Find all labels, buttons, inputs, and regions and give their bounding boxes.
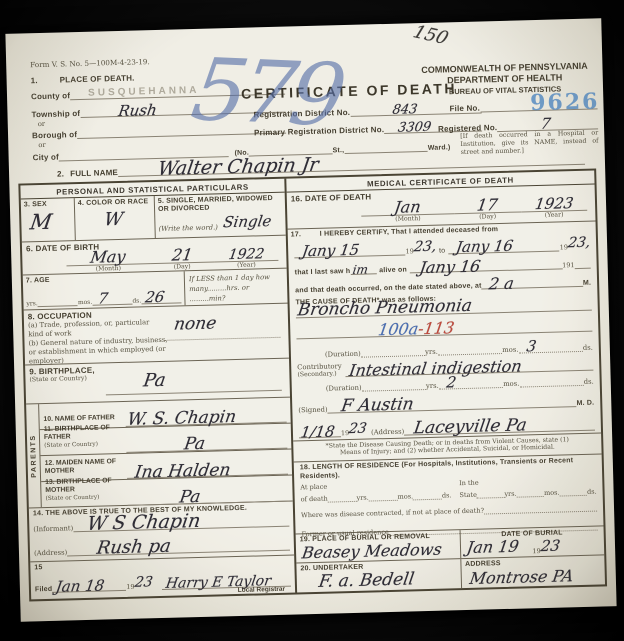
age-mos-line: 7 [92,292,133,305]
state-label: State [459,491,477,499]
state-yrs: yrs. [504,490,516,498]
code-line: 100a-113 [296,319,592,339]
alive-on-label: alive on [379,266,407,274]
state-mos-line [516,485,544,498]
dod-year: 1923 [519,193,588,213]
contrib-duration-label: (Duration) [326,383,362,392]
marital-value: Single [222,212,273,231]
filed-year-value: 23 [133,574,153,591]
cause-duration-yrs-line [360,344,425,358]
at-place-mos-line [369,489,398,502]
certificate-header: Form V. S. No. 5—100M-4-23-19. 150 579 1… [5,18,605,184]
signed-date-value: 1/18 [300,422,336,441]
age-ds-line: 26 [141,291,182,304]
marital-hint: (Write the word.) [158,223,217,233]
mother-birthplace-label: 13. BIRTHPLACE OF MOTHER(State or Countr… [45,476,128,508]
primary-district-label: Primary Registration District No. [254,125,384,137]
contrib-duration-mos-line: 2 [439,376,504,390]
age-ds-value: 26 [144,288,166,307]
last-saw-text: that I last saw h [295,268,351,276]
file-no-line: 9626 [480,97,598,112]
cause-mos-label: mos. [502,345,518,353]
occupation-line [164,326,280,341]
alive-date-line: Jany 16 [410,257,563,273]
father-birthplace-value: Pa [183,434,207,455]
state-yrs-line [477,486,505,499]
undertaker-address-value: Montrose PA [468,566,574,588]
burial-date-value: Jan 19 [465,537,520,557]
sex-value: M [29,209,54,234]
contrib-mos-label: mos. [503,379,519,387]
primary-district-value: 3309 [397,120,432,136]
last-saw-line: im [350,262,376,275]
personal-column: PERSONAL AND STATISTICAL PARTICULARS 3. … [20,179,297,600]
cause-value: Broncho Pneumonia [296,295,473,320]
state-ds-line [559,484,587,497]
informant-address-value: Rush pa [95,536,172,559]
cause-line: Broncho Pneumonia [296,298,592,318]
informant-value: W S Chapin [85,510,201,535]
race-label: 4. COLOR OR RACE [78,198,151,207]
registration-district-value: 843 [391,102,418,118]
street-line [344,140,428,154]
attended-to-value: Jany 16 [455,236,515,256]
death-time-line: 2 a [481,274,583,289]
age-mos-label: mos. [78,298,92,305]
cause-duration-ds-line: 3 [518,339,583,353]
him-value: im [351,262,368,276]
cause-duration-ds-value: 3 [525,337,537,355]
signed-address-line: Laceyville Pa [404,418,595,435]
code-red-value: -113 [417,318,456,338]
contrib-duration-ds-line [519,373,584,387]
contrib-duration-mos-value: 2 [445,373,457,391]
contrib-duration-yrs-line [361,378,426,392]
at-place-ds: ds. [442,492,452,500]
parents-label: PARENTS [29,434,37,478]
death-time-value: 2 a [488,273,516,293]
cause-ds-label: ds. [583,343,593,351]
dob-day: 21 [148,244,215,265]
township-value: Rush [117,101,158,120]
father-birthplace-label: 11. BIRTHPLACE OF FATHER(State or Countr… [44,423,127,455]
at-place-ds-line [413,488,442,501]
local-registrar-label: Local Registrar [238,586,285,594]
burial-year-value: 23 [539,537,561,556]
sex-label: 3. SEX [24,200,71,208]
signed-date-line: 1/18 [299,425,341,438]
cause-duration-mos-line [438,342,503,356]
at-place-label2: of death [301,495,328,504]
age-label: 7. AGE [26,273,181,284]
registrar-signature-line: Harry E Taylor Local Registrar [162,574,291,589]
dod-month: Jan [360,196,456,218]
certificate-body: PERSONAL AND STATISTICAL PARTICULARS 3. … [18,168,607,601]
medical-column: MEDICAL CERTIFICATE OF DEATH 16. DATE OF… [286,171,605,593]
registration-district-label: Registration District No. [253,108,350,120]
ward-label: Ward.) [428,144,451,152]
signed-value: F Austin [340,394,415,416]
state-mos: mos. [544,489,560,497]
section1-number: 1. [31,76,38,85]
section17-number: 17. [291,231,302,238]
county-stamp: SUSQUEHANNA [88,85,200,99]
township-label: Township of [31,109,80,119]
state-ds: ds. [587,488,597,496]
informant-line: W S Chapin [73,515,289,533]
alive-year-line [574,256,590,268]
contrib-yrs-label: yrs. [426,381,439,389]
mother-name-value: Ina Halden [133,460,231,483]
cause-duration-label: (Duration) [325,349,361,358]
file-no-label: File No. [449,104,480,114]
or-label-1: or [38,120,46,128]
contracted-label: Where was disease contracted, if not at … [301,507,484,520]
to-year-value: 23, [567,234,592,251]
signed-label: (Signed) [298,405,327,414]
at-place-mos: mos. [398,493,414,501]
at-place-yrs-line [328,490,357,503]
certificate-paper: Form V. S. No. 5—100M-4-23-19. 150 579 1… [5,18,616,621]
dob-month: May [65,246,151,267]
parents-strip: PARENTS [26,404,42,507]
signed-year-value: 23 [348,420,368,437]
contrib-ds-label: ds. [584,377,594,385]
age-yrs-label: yrs. [26,300,37,307]
borough-label: Borough of [32,130,77,140]
attended-from-line: Jany 15 [294,243,406,258]
signed-line: F Austin [327,395,576,414]
alive-date-value: Jany 16 [418,256,482,277]
death-occurred-text: and that death occurred, on the date sta… [295,282,482,294]
file-no-stamp: 9626 [530,88,600,116]
fullname-number: 2. [57,169,64,178]
street-label: St., [332,147,344,154]
md-label: M. D. [576,399,594,406]
contracted-line [484,500,597,515]
section1-title: PLACE OF DEATH. [60,74,135,85]
from-year-value: 23, [413,238,438,255]
age-yrs-line [37,294,78,307]
undertaker-value: F. a. Bedell [317,569,415,592]
attended-from-value: Jany 15 [301,240,361,260]
filed-label: Filed [35,586,53,593]
burial-place-value: Beasey Meadows [301,540,444,563]
race-value: W [103,209,125,231]
code-blue-value: 100a [377,319,420,339]
at-place-yrs: yrs. [357,494,369,502]
contributory-label: Contributory [297,362,345,371]
informant-address-label: (Address) [34,548,67,557]
dod-day: 17 [453,194,522,215]
county-label: County of [31,91,70,101]
cause-yrs-label: yrs. [425,347,438,355]
birthplace-line [106,379,282,396]
filed-date-value: Jan 18 [55,576,106,595]
secondary-hint: (Secondary.) [297,370,345,378]
pencil-number: 150 [410,22,451,49]
signed-address-label: (Address) [371,427,404,436]
father-name-value: W. S. Chapin [126,407,237,430]
dob-year: 1922 [213,246,280,264]
filed-date-line: Jan 18 [52,579,126,593]
informant-address-line: Rush pa [67,539,290,557]
age-less-note: If LESS than 1 day how many.........hrs.… [185,268,288,305]
city-label: City of [33,153,60,163]
photo-background: Form V. S. No. 5—100M-4-23-19. 150 579 1… [0,0,624,641]
or-label-2: or [38,141,46,149]
age-ds-label: ds. [132,297,141,304]
fullname-label: FULL NAME [70,168,118,178]
alive-year-pre: 191 [562,261,575,269]
to-label: to [439,247,445,254]
m-label: M. [583,279,591,286]
form-number: Form V. S. No. 5—100M-4-23-19. [30,57,150,69]
attended-to-line: Jany 16 [448,239,560,254]
occupation-a-label: (a) Trade, profession, or, particular ki… [28,318,158,339]
age-mos-value: 7 [97,289,109,307]
informant-label: (Informant) [33,524,73,533]
